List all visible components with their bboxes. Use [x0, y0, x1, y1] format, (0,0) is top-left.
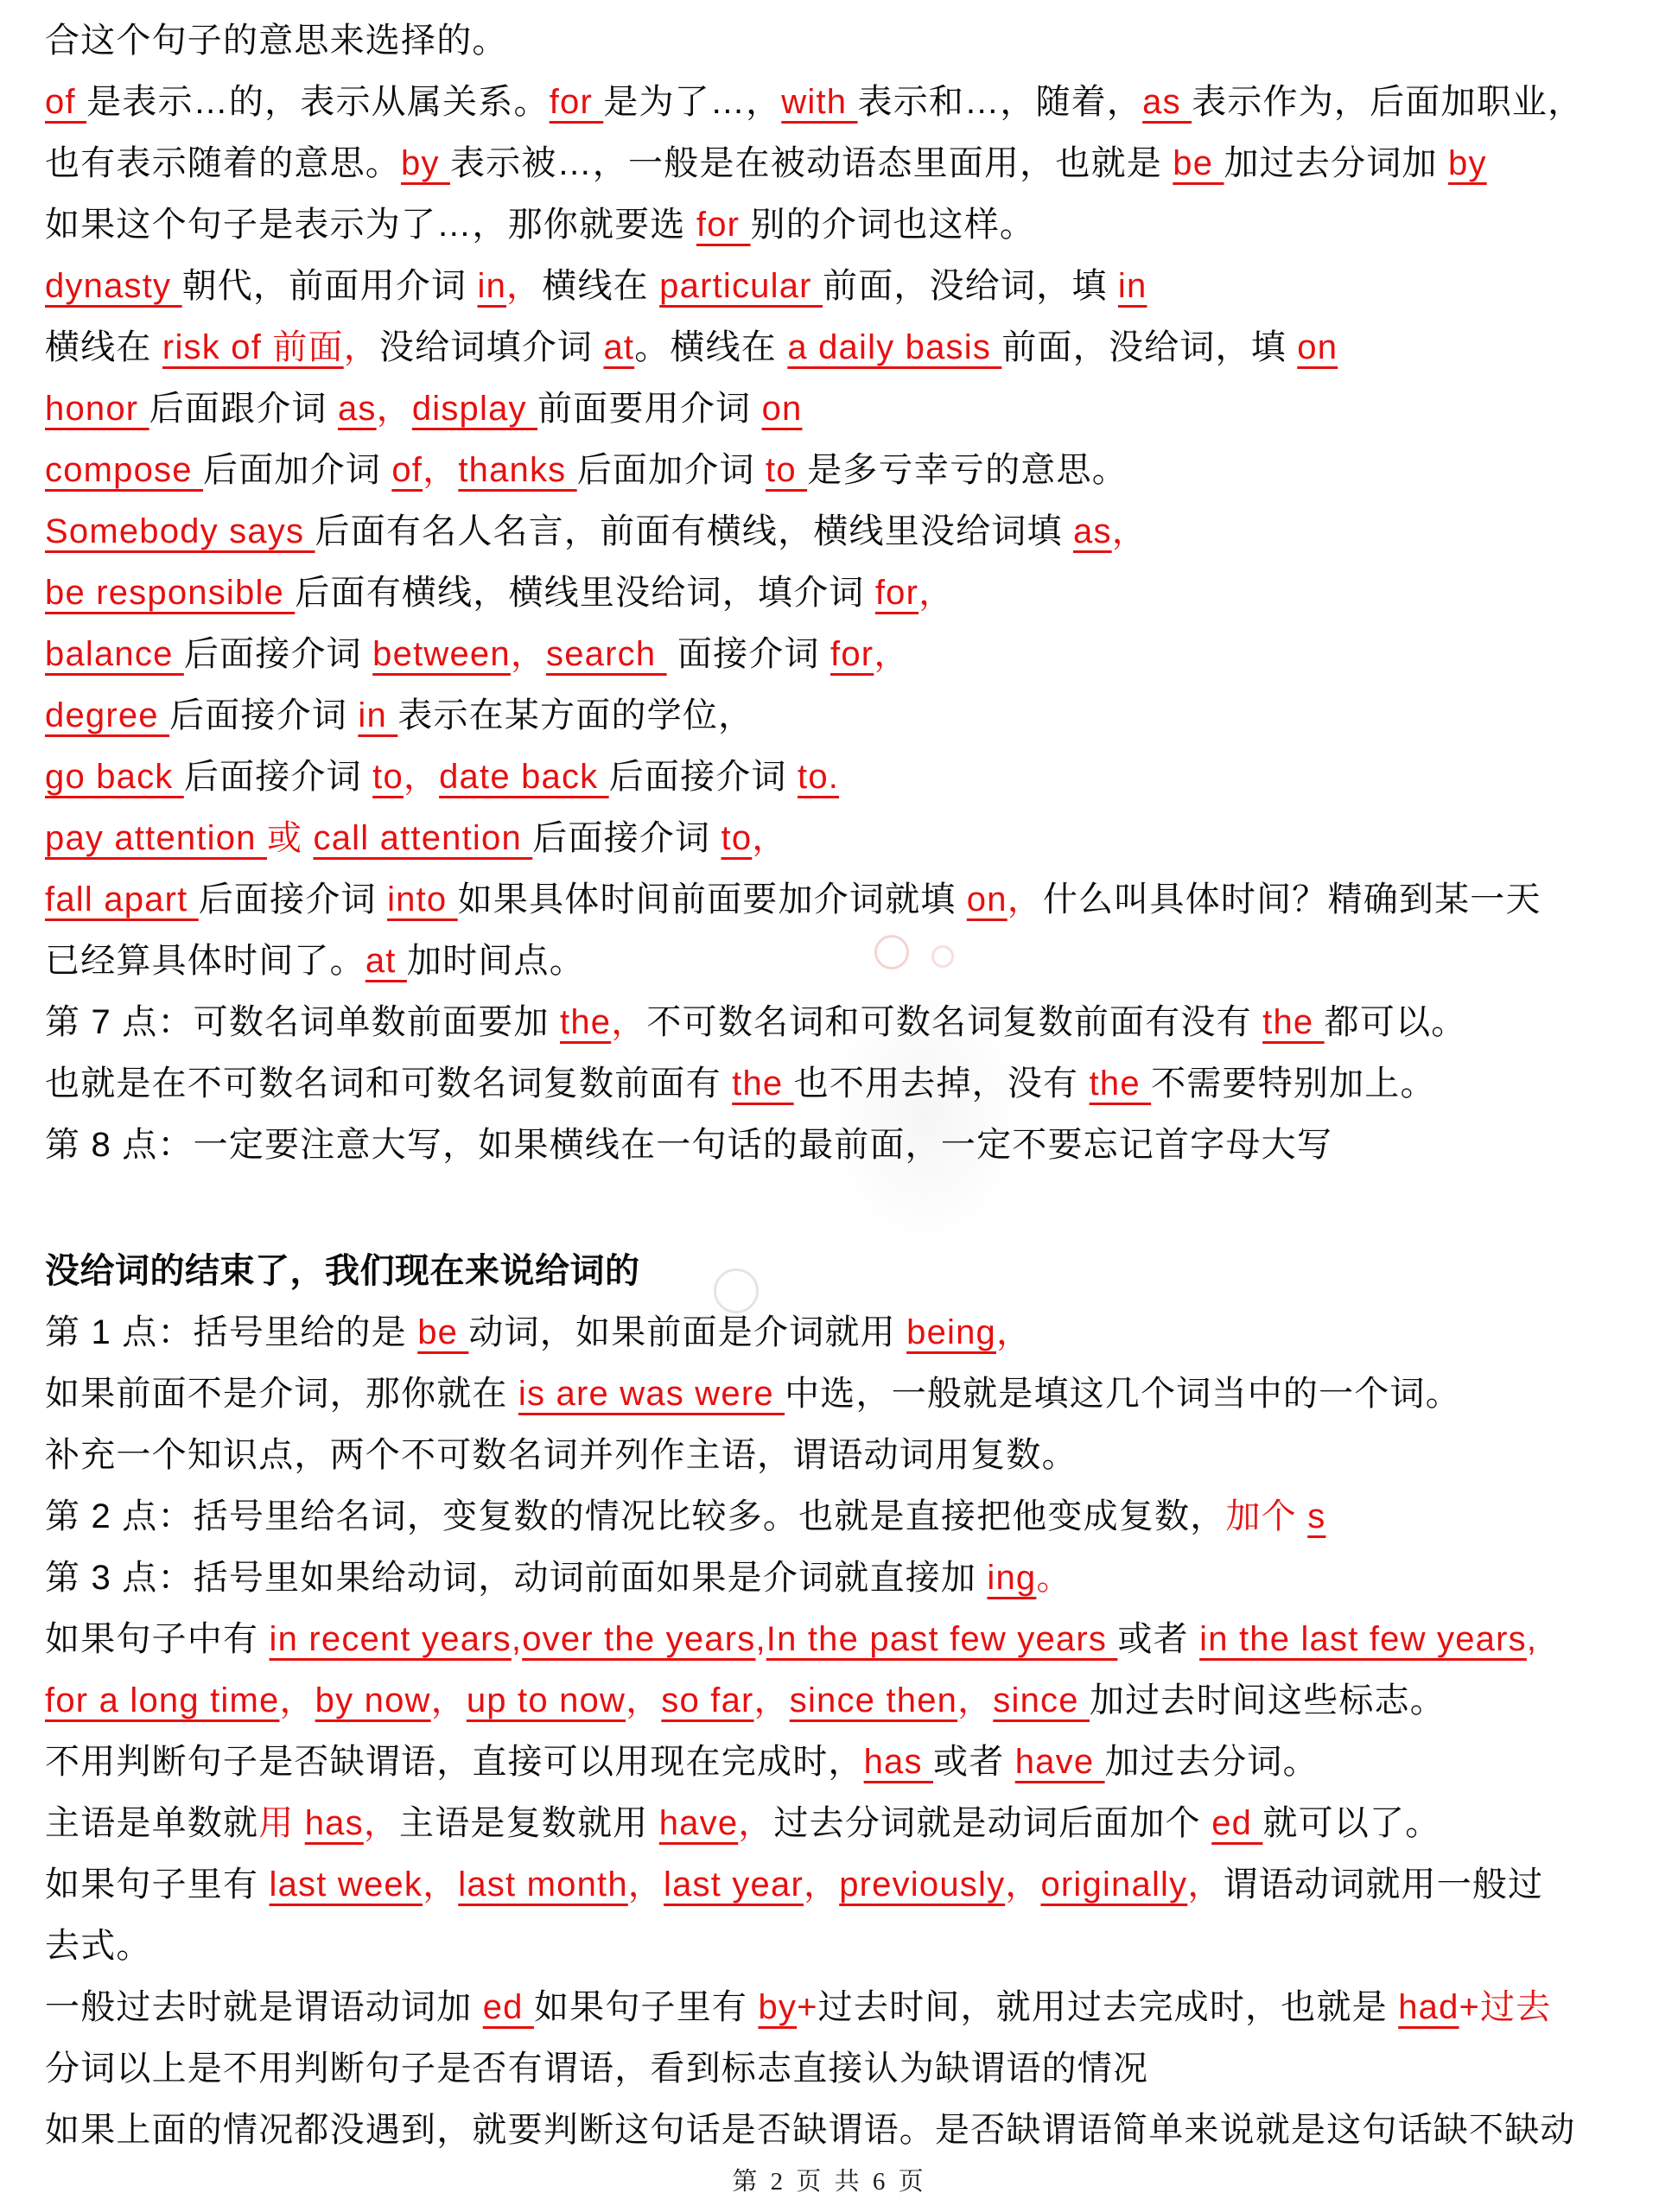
text-line-8: compose 后面加介词 of，thanks 后面加介词 to 是多亏幸亏的意…	[45, 440, 1628, 501]
text-segment: 如果句子中有	[45, 1620, 270, 1658]
text-segment: thanks	[458, 451, 576, 489]
text-segment: 第 2 点：括号里给名词，变复数的情况比较多。也就是直接把他变成复数，	[45, 1497, 1225, 1535]
text-segment: dynasty	[45, 267, 182, 305]
text-segment: ，	[996, 1313, 1032, 1351]
text-segment: 横线在	[542, 267, 659, 305]
text-segment: search	[546, 635, 667, 673]
text-segment: compose	[45, 451, 203, 489]
text-segment: 别的介词也这样。	[751, 206, 1036, 244]
text-segment: into	[387, 880, 458, 918]
text-segment: previously	[839, 1866, 1005, 1904]
text-line-24: 第 2 点：括号里给名词，变复数的情况比较多。也就是直接把他变成复数，加个 s	[45, 1486, 1628, 1548]
text-line-29: 主语是单数就用 has，主语是复数就用 have，过去分词就是动词后面加个 ed…	[45, 1793, 1628, 1854]
text-segment: 如果句子里有	[45, 1866, 270, 1904]
text-line-14: pay attention 或 call attention 后面接介词 to，	[45, 808, 1628, 869]
text-segment: 后面接介词	[184, 635, 372, 673]
text-segment: ，	[511, 635, 546, 673]
text-segment: date back	[439, 758, 609, 796]
text-segment: degree	[45, 696, 169, 734]
text-segment: ，	[626, 1681, 661, 1719]
text-segment: by	[1448, 144, 1487, 182]
text-segment: 补充一个知识点，两个不可数名词并列作主语，谓语动词用复数。	[45, 1436, 1077, 1474]
text-segment: 前面要用介词	[537, 390, 762, 428]
text-segment: call attention	[314, 819, 533, 857]
text-segment: 是为了…，	[603, 83, 781, 121]
text-segment: since then	[790, 1681, 957, 1719]
text-segment: 。横线在	[634, 328, 787, 366]
text-line-20: 没给词的结束了，我们现在来说给词的	[45, 1241, 1628, 1302]
text-segment: 后面有名人名言，前面有横线，横线里没给词填	[315, 512, 1074, 550]
text-segment: go back	[45, 758, 184, 796]
text-segment: on	[762, 390, 803, 428]
text-segment: ,	[512, 1620, 522, 1658]
text-segment: on	[967, 880, 1007, 918]
text-segment: 主语是单数就	[45, 1804, 258, 1842]
text-segment: 也有表示随着的意思。	[45, 144, 401, 182]
text-line-32: 一般过去时就是谓语动词加 ed 如果句子里有 by+过去时间，就用过去完成时，也…	[45, 1977, 1628, 2038]
text-segment: ，	[752, 819, 787, 857]
text-segment: 过去分词就是动词后面加个	[773, 1804, 1211, 1842]
text-segment: balance	[45, 635, 184, 673]
text-segment: a daily basis	[787, 328, 1001, 366]
text-segment: particular	[659, 267, 823, 305]
text-segment: be	[417, 1313, 468, 1351]
text-segment: 横线在	[45, 328, 162, 366]
text-line-9: Somebody says 后面有名人名言，前面有横线，横线里没给词填 as，	[45, 501, 1628, 563]
text-segment: 表示被…，一般是在被动语态里面用，也就是	[450, 144, 1173, 182]
text-segment: on	[1297, 328, 1338, 366]
text-segment: since	[993, 1681, 1090, 1719]
text-segment: ，	[344, 328, 379, 366]
text-segment: +过去	[1459, 1988, 1552, 2026]
text-segment: in	[478, 267, 507, 305]
text-line-30: 如果句子里有 last week，last month，last year，pr…	[45, 1854, 1628, 1916]
text-segment: to.	[798, 758, 839, 796]
text-segment: 后面加介词	[203, 451, 391, 489]
text-segment: ，	[377, 390, 412, 428]
text-segment: 加时间点。	[407, 942, 585, 980]
text-segment: last month	[458, 1866, 628, 1904]
text-segment: 如果句子里有	[534, 1988, 759, 2026]
text-segment: ，	[506, 267, 542, 305]
text-line-5: dynasty 朝代，前面用介词 in，横线在 particular 前面，没给…	[45, 256, 1628, 317]
text-segment: 第 7 点：可数名词单数前面要加	[45, 1003, 560, 1041]
text-segment: the	[732, 1065, 794, 1103]
page-number-footer: 第 2 页 共 6 页	[0, 2162, 1659, 2197]
text-segment: 分词以上是不用判断句子是否有谓语，看到标志直接认为缺谓语的情况	[45, 2050, 1148, 2088]
text-segment: last week	[270, 1866, 423, 1904]
text-line-25: 第 3 点：括号里如果给动词，动词前面如果是介词就直接加 ing。	[45, 1548, 1628, 1609]
text-segment: honor	[45, 390, 149, 428]
text-segment: to	[721, 819, 753, 857]
text-segment: 去式。	[45, 1927, 152, 1965]
text-segment: 表示作为，后面加职业，	[1192, 83, 1583, 121]
text-segment: 中选，一般就是填这几个词当中的一个词。	[785, 1375, 1461, 1413]
text-segment: 后面接介词	[169, 696, 358, 734]
text-segment: 第 8 点：一定要注意大写，如果横线在一句话的最前面，一定不要忘记首字母大写	[45, 1126, 1332, 1164]
text-segment: of	[45, 83, 86, 121]
text-line-26: 如果句子中有 in recent years,over the years,In…	[45, 1609, 1628, 1670]
text-segment: 后面有横线，横线里没给词，填介词	[295, 574, 875, 612]
text-segment: ，	[874, 635, 909, 673]
text-line-22: 如果前面不是介词，那你就在 is are was were 中选，一般就是填这几…	[45, 1363, 1628, 1425]
text-line-23: 补充一个知识点，两个不可数名词并列作主语，谓语动词用复数。	[45, 1425, 1628, 1486]
text-segment: as	[1142, 83, 1192, 121]
text-segment: 或者	[1117, 1620, 1199, 1658]
text-segment: ，	[611, 1003, 646, 1041]
text-segment: be responsible	[45, 574, 295, 612]
text-segment: the	[1262, 1003, 1325, 1041]
text-segment: between	[372, 635, 511, 673]
text-segment: originally	[1040, 1866, 1187, 1904]
text-segment: ing	[987, 1559, 1036, 1597]
text-line-7: honor 后面跟介词 as，display 前面要用介词 on	[45, 378, 1628, 440]
text-segment: as	[1073, 512, 1112, 550]
text-segment: 前面，没给词，填	[1001, 328, 1297, 366]
text-segment: at	[365, 942, 407, 980]
text-segment: for	[696, 206, 751, 244]
text-segment: s	[1307, 1497, 1325, 1535]
text-segment: 如果上面的情况都没遇到，就要判断这句话是否缺谓语。是否缺谓语简单来说就是这句话缺…	[45, 2111, 1576, 2149]
text-segment: ，	[738, 1804, 773, 1842]
text-segment: 就可以了。	[1262, 1804, 1440, 1842]
text-segment: by	[758, 1988, 797, 2026]
text-segment: 后面接介词	[532, 819, 721, 857]
text-segment: 如果这个句子是表示为了…，那你就要选	[45, 206, 696, 244]
text-segment: 如果前面不是介词，那你就在	[45, 1375, 518, 1413]
text-segment: 已经算具体时间了。	[45, 942, 365, 980]
text-line-34: 如果上面的情况都没遇到，就要判断这句话是否缺谓语。是否缺谓语简单来说就是这句话缺…	[45, 2100, 1628, 2161]
text-segment: by now	[315, 1681, 431, 1719]
text-segment: 也就是在不可数名词和可数名词复数前面有	[45, 1065, 732, 1103]
text-line-2: of 是表示…的，表示从属关系。for 是为了…，with 表示和…，随着，as…	[45, 72, 1628, 133]
text-line-12: degree 后面接介词 in 表示在某方面的学位，	[45, 685, 1628, 747]
text-segment: Somebody says	[45, 512, 315, 550]
text-segment: 加个	[1225, 1497, 1307, 1535]
text-segment: ，	[423, 1866, 458, 1904]
text-segment: 表示和…，随着，	[858, 83, 1143, 121]
text-segment: 主语是复数就用	[399, 1804, 659, 1842]
text-segment: to	[372, 758, 404, 796]
text-segment: ，	[918, 574, 954, 612]
text-segment: 一般过去时就是谓语动词加	[45, 1988, 483, 2026]
text-segment: 用	[258, 1804, 305, 1842]
text-segment: ，	[754, 1681, 790, 1719]
text-segment: by	[401, 144, 450, 182]
text-segment: pay attention	[45, 819, 267, 857]
text-segment: ，	[1005, 1866, 1040, 1904]
text-segment: at	[603, 328, 634, 366]
text-segment: ，	[957, 1681, 993, 1719]
text-segment: to	[766, 451, 807, 489]
text-line-19: 第 8 点：一定要注意大写，如果横线在一句话的最前面，一定不要忘记首字母大写	[45, 1115, 1628, 1176]
text-line-13: go back 后面接介词 to，date back 后面接介词 to.	[45, 747, 1628, 808]
text-line-31: 去式。	[45, 1916, 1628, 1977]
text-segment: ，	[1112, 512, 1147, 550]
text-segment: for	[550, 83, 604, 121]
text-segment: the	[1090, 1065, 1152, 1103]
text-segment: is are was were	[518, 1375, 785, 1413]
text-segment: 朝代，前面用介词	[182, 267, 478, 305]
text-line-10: be responsible 后面有横线，横线里没给词，填介词 for，	[45, 563, 1628, 624]
text-segment: display	[412, 390, 537, 428]
text-segment: 面接介词	[667, 635, 830, 673]
text-segment: 后面接介词	[199, 880, 387, 918]
text-segment: ，	[431, 1681, 467, 1719]
text-segment: 如果具体时间前面要加介词就填	[458, 880, 967, 918]
text-line-16: 已经算具体时间了。at 加时间点。	[45, 931, 1628, 992]
text-segment: have	[1015, 1743, 1105, 1781]
text-segment: ，	[364, 1804, 399, 1842]
text-segment: in the last few years	[1199, 1620, 1527, 1658]
text-segment: in recent years	[270, 1620, 512, 1658]
text-line-33: 分词以上是不用判断句子是否有谓语，看到标志直接认为缺谓语的情况	[45, 2038, 1628, 2100]
text-segment: being	[906, 1313, 996, 1351]
text-segment: ，	[628, 1866, 664, 1904]
text-segment: the	[560, 1003, 611, 1041]
text-line-6: 横线在 risk of 前面，没给词填介词 at。横线在 a daily bas…	[45, 317, 1628, 378]
text-segment: 加过去时间这些标志。	[1090, 1681, 1446, 1719]
text-segment: ed	[483, 1988, 534, 2026]
text-segment: 前面，没给词，填	[823, 267, 1118, 305]
text-segment: of	[391, 451, 423, 489]
text-segment: 不需要特别加上。	[1151, 1065, 1436, 1103]
text-segment: 或者	[933, 1743, 1015, 1781]
text-line-28: 不用判断句子是否缺谓语，直接可以用现在完成时，has 或者 have 加过去分词…	[45, 1732, 1628, 1793]
text-segment: 。	[1036, 1559, 1071, 1597]
text-segment: 没给词的结束了，我们现在来说给词的	[45, 1252, 640, 1290]
text-segment: over the years	[522, 1620, 755, 1658]
text-segment: as	[338, 390, 377, 428]
text-segment: ,	[755, 1620, 766, 1658]
text-segment: ，	[423, 451, 458, 489]
text-segment: have	[659, 1804, 739, 1842]
text-line-27: for a long time，by now，up to now，so far，…	[45, 1670, 1628, 1732]
text-segment: 后面接介词	[609, 758, 798, 796]
text-segment: had	[1398, 1988, 1459, 2026]
notes-text-block: 合这个句子的意思来选择的。of 是表示…的，表示从属关系。for 是为了…，wi…	[45, 10, 1628, 2161]
text-segment: with	[781, 83, 857, 121]
text-segment: 都可以。	[1325, 1003, 1467, 1041]
text-segment: last year	[664, 1866, 804, 1904]
text-segment: for	[875, 574, 918, 612]
text-segment: up to now	[467, 1681, 626, 1719]
text-segment: 或	[267, 819, 314, 857]
text-segment: for a long time	[45, 1681, 279, 1719]
text-segment: 后面加介词	[577, 451, 766, 489]
text-segment: ，	[804, 1866, 839, 1904]
text-segment: be	[1173, 144, 1224, 182]
text-segment: ed	[1211, 1804, 1262, 1842]
text-segment: 后面接介词	[184, 758, 372, 796]
text-line-17: 第 7 点：可数名词单数前面要加 the，不可数名词和可数名词复数前面有没有 t…	[45, 992, 1628, 1053]
text-segment: 是多亏幸亏的意思。	[807, 451, 1128, 489]
text-segment: 不用判断句子是否缺谓语，直接可以用现在完成时，	[45, 1743, 864, 1781]
text-segment: risk of 前面	[162, 328, 344, 366]
text-segment: in	[1118, 267, 1147, 305]
text-segment: 第 3 点：括号里如果给动词，动词前面如果是介词就直接加	[45, 1559, 987, 1597]
text-segment: ，	[1187, 1866, 1223, 1904]
text-segment: ,	[1527, 1620, 1537, 1658]
text-segment: 动词，如果前面是介词就用	[468, 1313, 906, 1351]
text-segment: so far	[661, 1681, 753, 1719]
text-segment: In the past few years	[766, 1620, 1118, 1658]
text-segment: 加过去分词。	[1105, 1743, 1319, 1781]
text-segment: fall apart	[45, 880, 199, 918]
text-segment: +	[797, 1988, 818, 2026]
text-segment: in	[358, 696, 397, 734]
text-segment: 不可数名词和可数名词复数前面有没有	[646, 1003, 1262, 1041]
text-segment: has	[864, 1743, 933, 1781]
text-segment: 表示在某方面的学位，	[397, 696, 753, 734]
text-segment: 过去时间，就用过去完成时，也就是	[818, 1988, 1399, 2026]
text-segment: 第 1 点：括号里给的是	[45, 1313, 417, 1351]
text-line-21: 第 1 点：括号里给的是 be 动词，如果前面是介词就用 being，	[45, 1302, 1628, 1363]
text-line-18: 也就是在不可数名词和可数名词复数前面有 the 也不用去掉，没有 the 不需要…	[45, 1053, 1628, 1115]
text-segment: ，	[404, 758, 439, 796]
text-line-1: 合这个句子的意思来选择的。	[45, 10, 1628, 72]
text-segment: for	[830, 635, 874, 673]
text-segment: 没给词填介词	[379, 328, 604, 366]
text-segment: ，	[1007, 880, 1043, 918]
text-segment: 是表示…的，表示从属关系。	[86, 83, 550, 121]
text-segment: has	[305, 1804, 364, 1842]
text-line-4: 如果这个句子是表示为了…，那你就要选 for 别的介词也这样。	[45, 194, 1628, 256]
text-segment: ，	[279, 1681, 315, 1719]
text-line-11: balance 后面接介词 between，search 面接介词 for，	[45, 624, 1628, 685]
text-segment: 也不用去掉，没有	[794, 1065, 1090, 1103]
text-segment: 后面跟介词	[149, 390, 338, 428]
text-line-15: fall apart 后面接介词 into 如果具体时间前面要加介词就填 on，…	[45, 869, 1628, 931]
text-segment: 加过去分词加	[1224, 144, 1449, 182]
text-segment: 合这个句子的意思来选择的。	[45, 22, 508, 60]
text-segment: 什么叫具体时间？精确到某一天	[1043, 880, 1541, 918]
text-segment: 谓语动词就用一般过	[1224, 1866, 1544, 1904]
text-line-3: 也有表示随着的意思。by 表示被…，一般是在被动语态里面用，也就是 be 加过去…	[45, 133, 1628, 194]
